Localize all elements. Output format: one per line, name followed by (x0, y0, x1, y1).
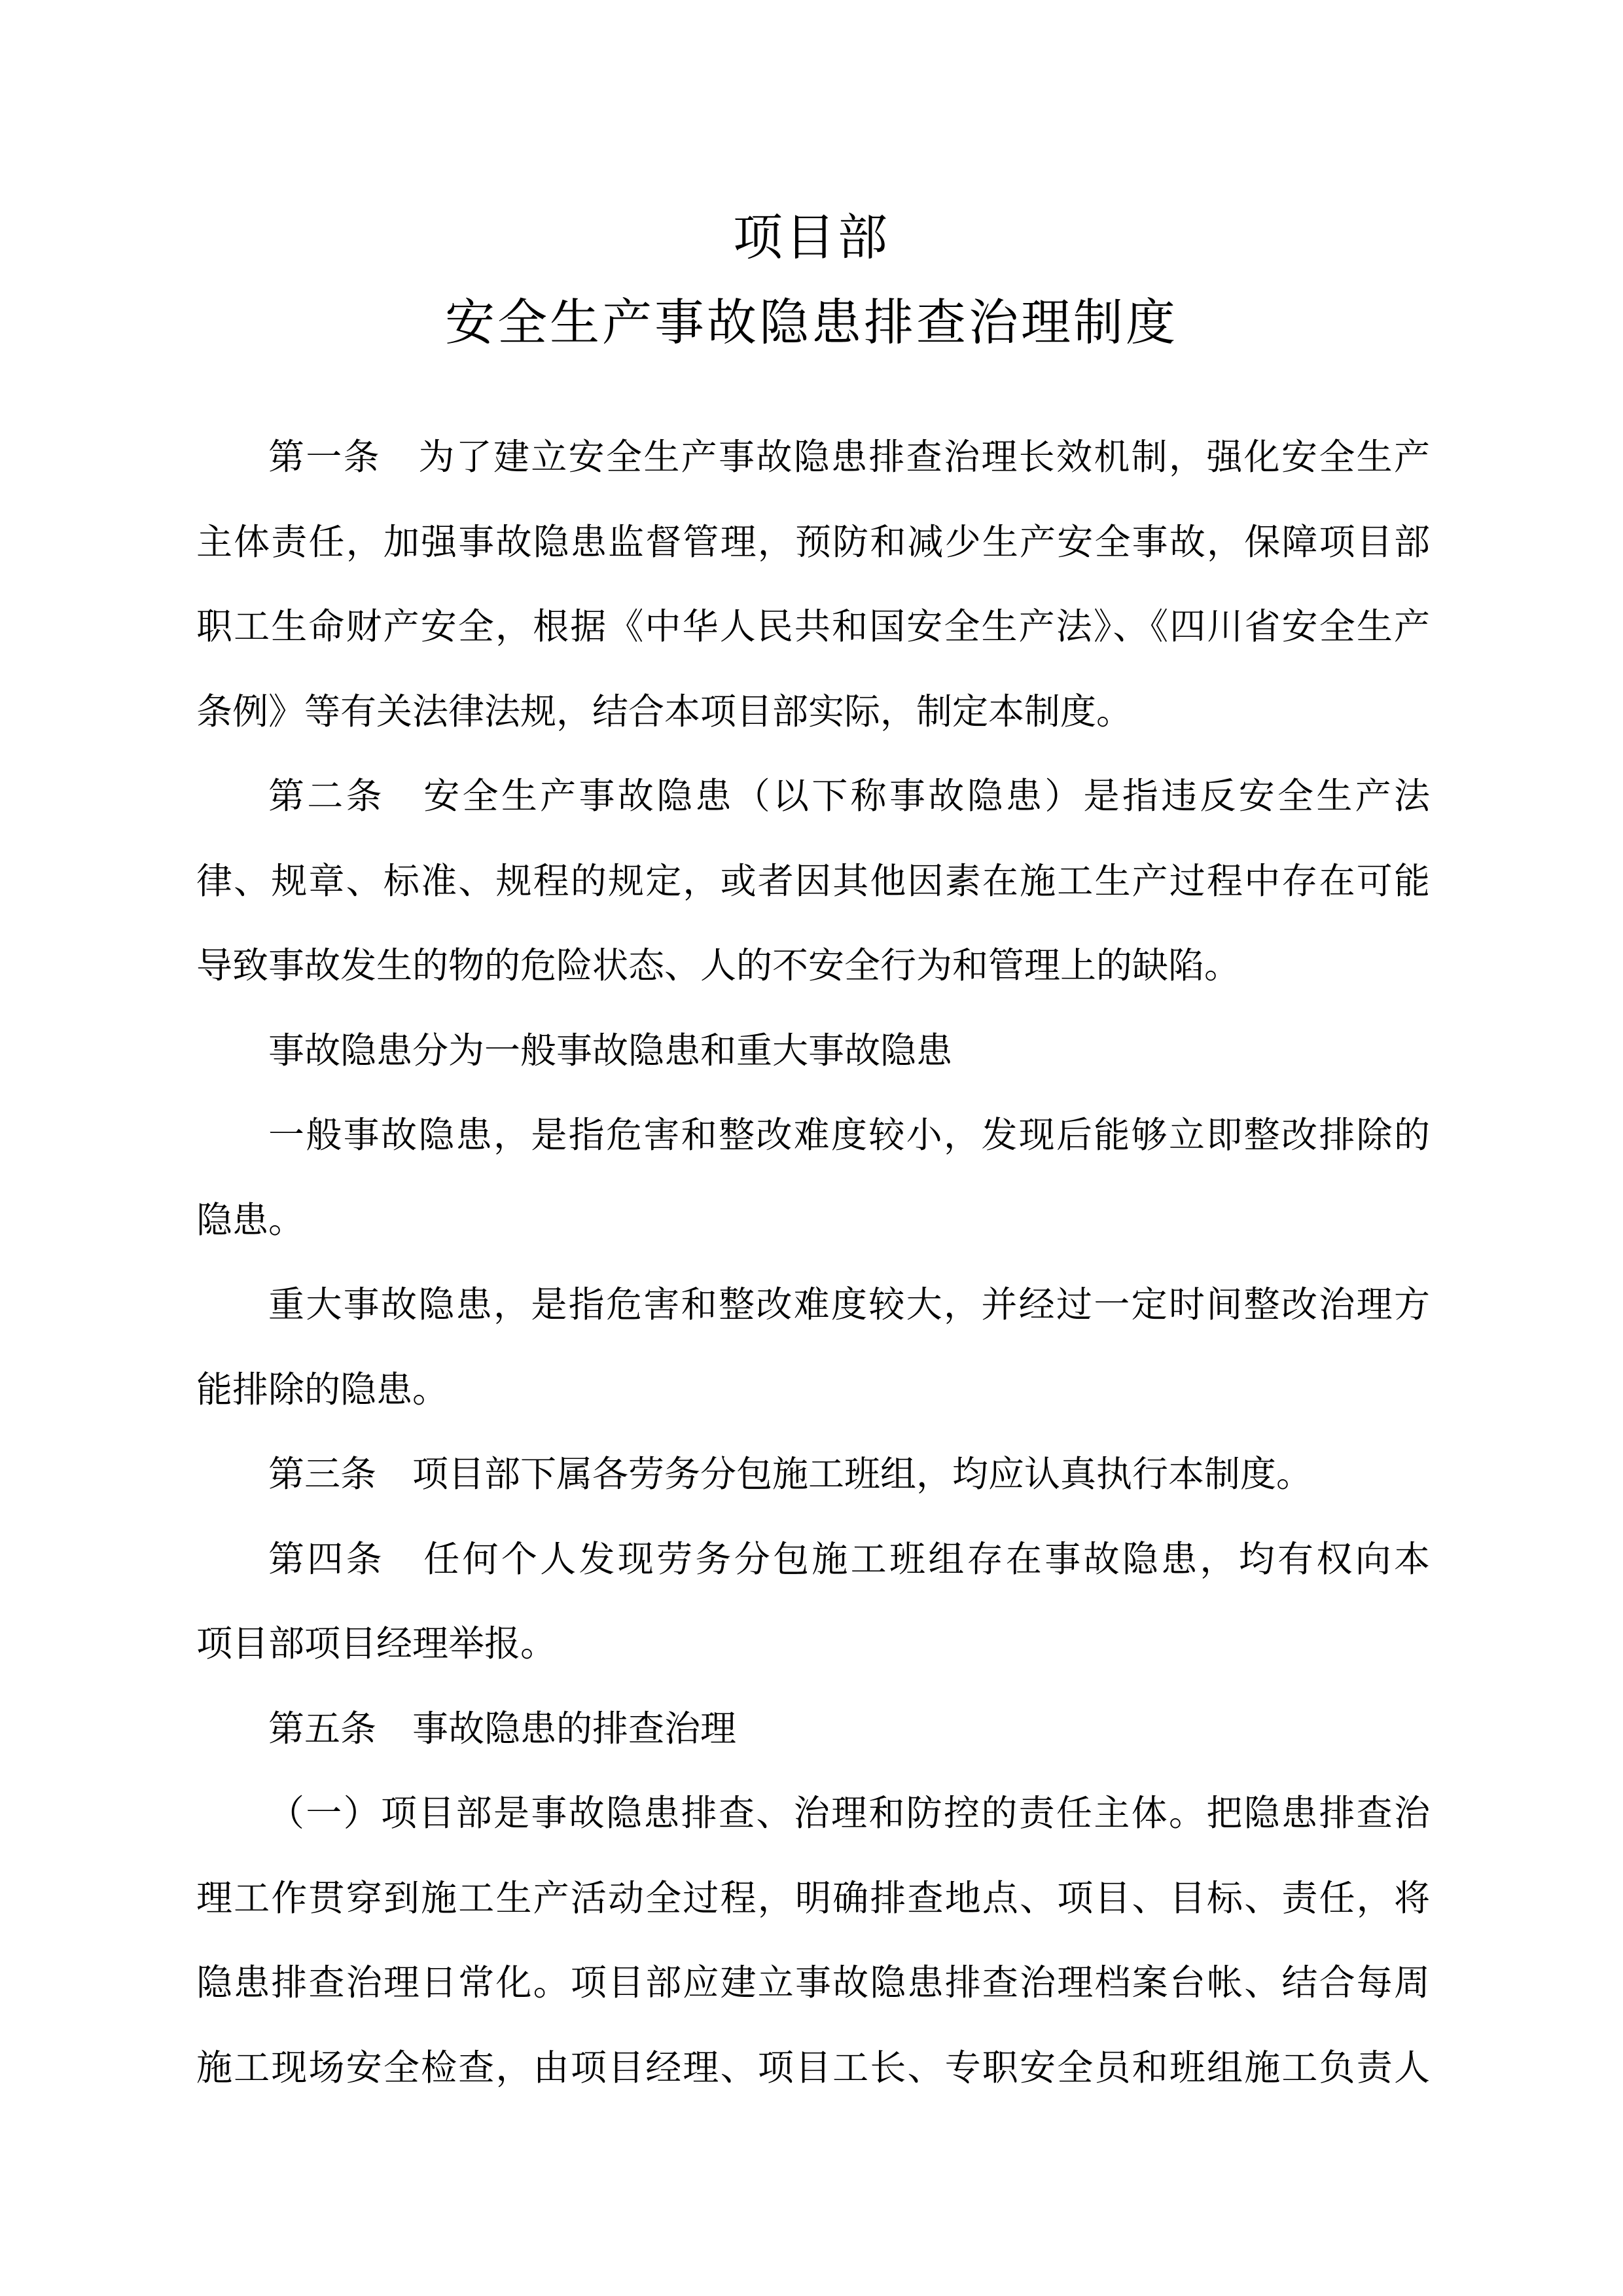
body-line: 第二条 安全生产事故隐患（以下称事故隐患）是指违反安全生产法 (196, 754, 1430, 839)
body-line: 职工生命财产安全，根据《中华人民共和国安全生产法》、《四川省安全生产 (196, 584, 1430, 670)
body-line: 能排除的隐患。 (196, 1348, 1430, 1433)
document-title-line2: 安全生产事故隐患排查治理制度 (0, 292, 1623, 355)
body-line: 项目部项目经理举报。 (196, 1602, 1430, 1687)
body-line: 第一条 为了建立安全生产事故隐患排查治理长效机制，强化安全生产 (196, 415, 1430, 500)
body-line: 隐患。 (196, 1178, 1430, 1263)
body-line: 第五条 事故隐患的排查治理 (196, 1687, 1430, 1772)
body-line: 重大事故隐患，是指危害和整改难度较大，并经过一定时间整改治理方 (196, 1263, 1430, 1348)
body-line: 一般事故隐患，是指危害和整改难度较小，发现后能够立即整改排除的 (196, 1093, 1430, 1178)
document-title-line1: 项目部 (0, 207, 1623, 270)
body-line: 条例》等有关法律法规，结合本项目部实际，制定本制度。 (196, 670, 1430, 755)
body-line: （一）项目部是事故隐患排查、治理和防控的责任主体。把隐患排查治 (196, 1771, 1430, 1856)
body-line: 导致事故发生的物的危险状态、人的不安全行为和管理上的缺陷。 (196, 924, 1430, 1009)
body-line: 事故隐患分为一般事故隐患和重大事故隐患 (196, 1009, 1430, 1094)
document-page: 项目部 安全生产事故隐患排查治理制度 第一条 为了建立安全生产事故隐患排查治理长… (0, 0, 1623, 2296)
body-line: 第四条 任何个人发现劳务分包施工班组存在事故隐患，均有权向本 (196, 1517, 1430, 1602)
body-line: 隐患排查治理日常化。项目部应建立事故隐患排查治理档案台帐、结合每周 (196, 1941, 1430, 2026)
body-line: 理工作贯穿到施工生产活动全过程，明确排查地点、项目、目标、责任，将 (196, 1856, 1430, 1941)
body-line: 第三条 项目部下属各劳务分包施工班组，均应认真执行本制度。 (196, 1432, 1430, 1517)
body-line: 律、规章、标准、规程的规定，或者因其他因素在施工生产过程中存在可能 (196, 839, 1430, 924)
body-line: 施工现场安全检查，由项目经理、项目工长、专职安全员和班组施工负责人 (196, 2026, 1430, 2111)
body-line: 主体责任，加强事故隐患监督管理，预防和减少生产安全事故，保障项目部 (196, 500, 1430, 585)
body-text: 第一条 为了建立安全生产事故隐患排查治理长效机制，强化安全生产主体责任，加强事故… (196, 415, 1430, 2110)
